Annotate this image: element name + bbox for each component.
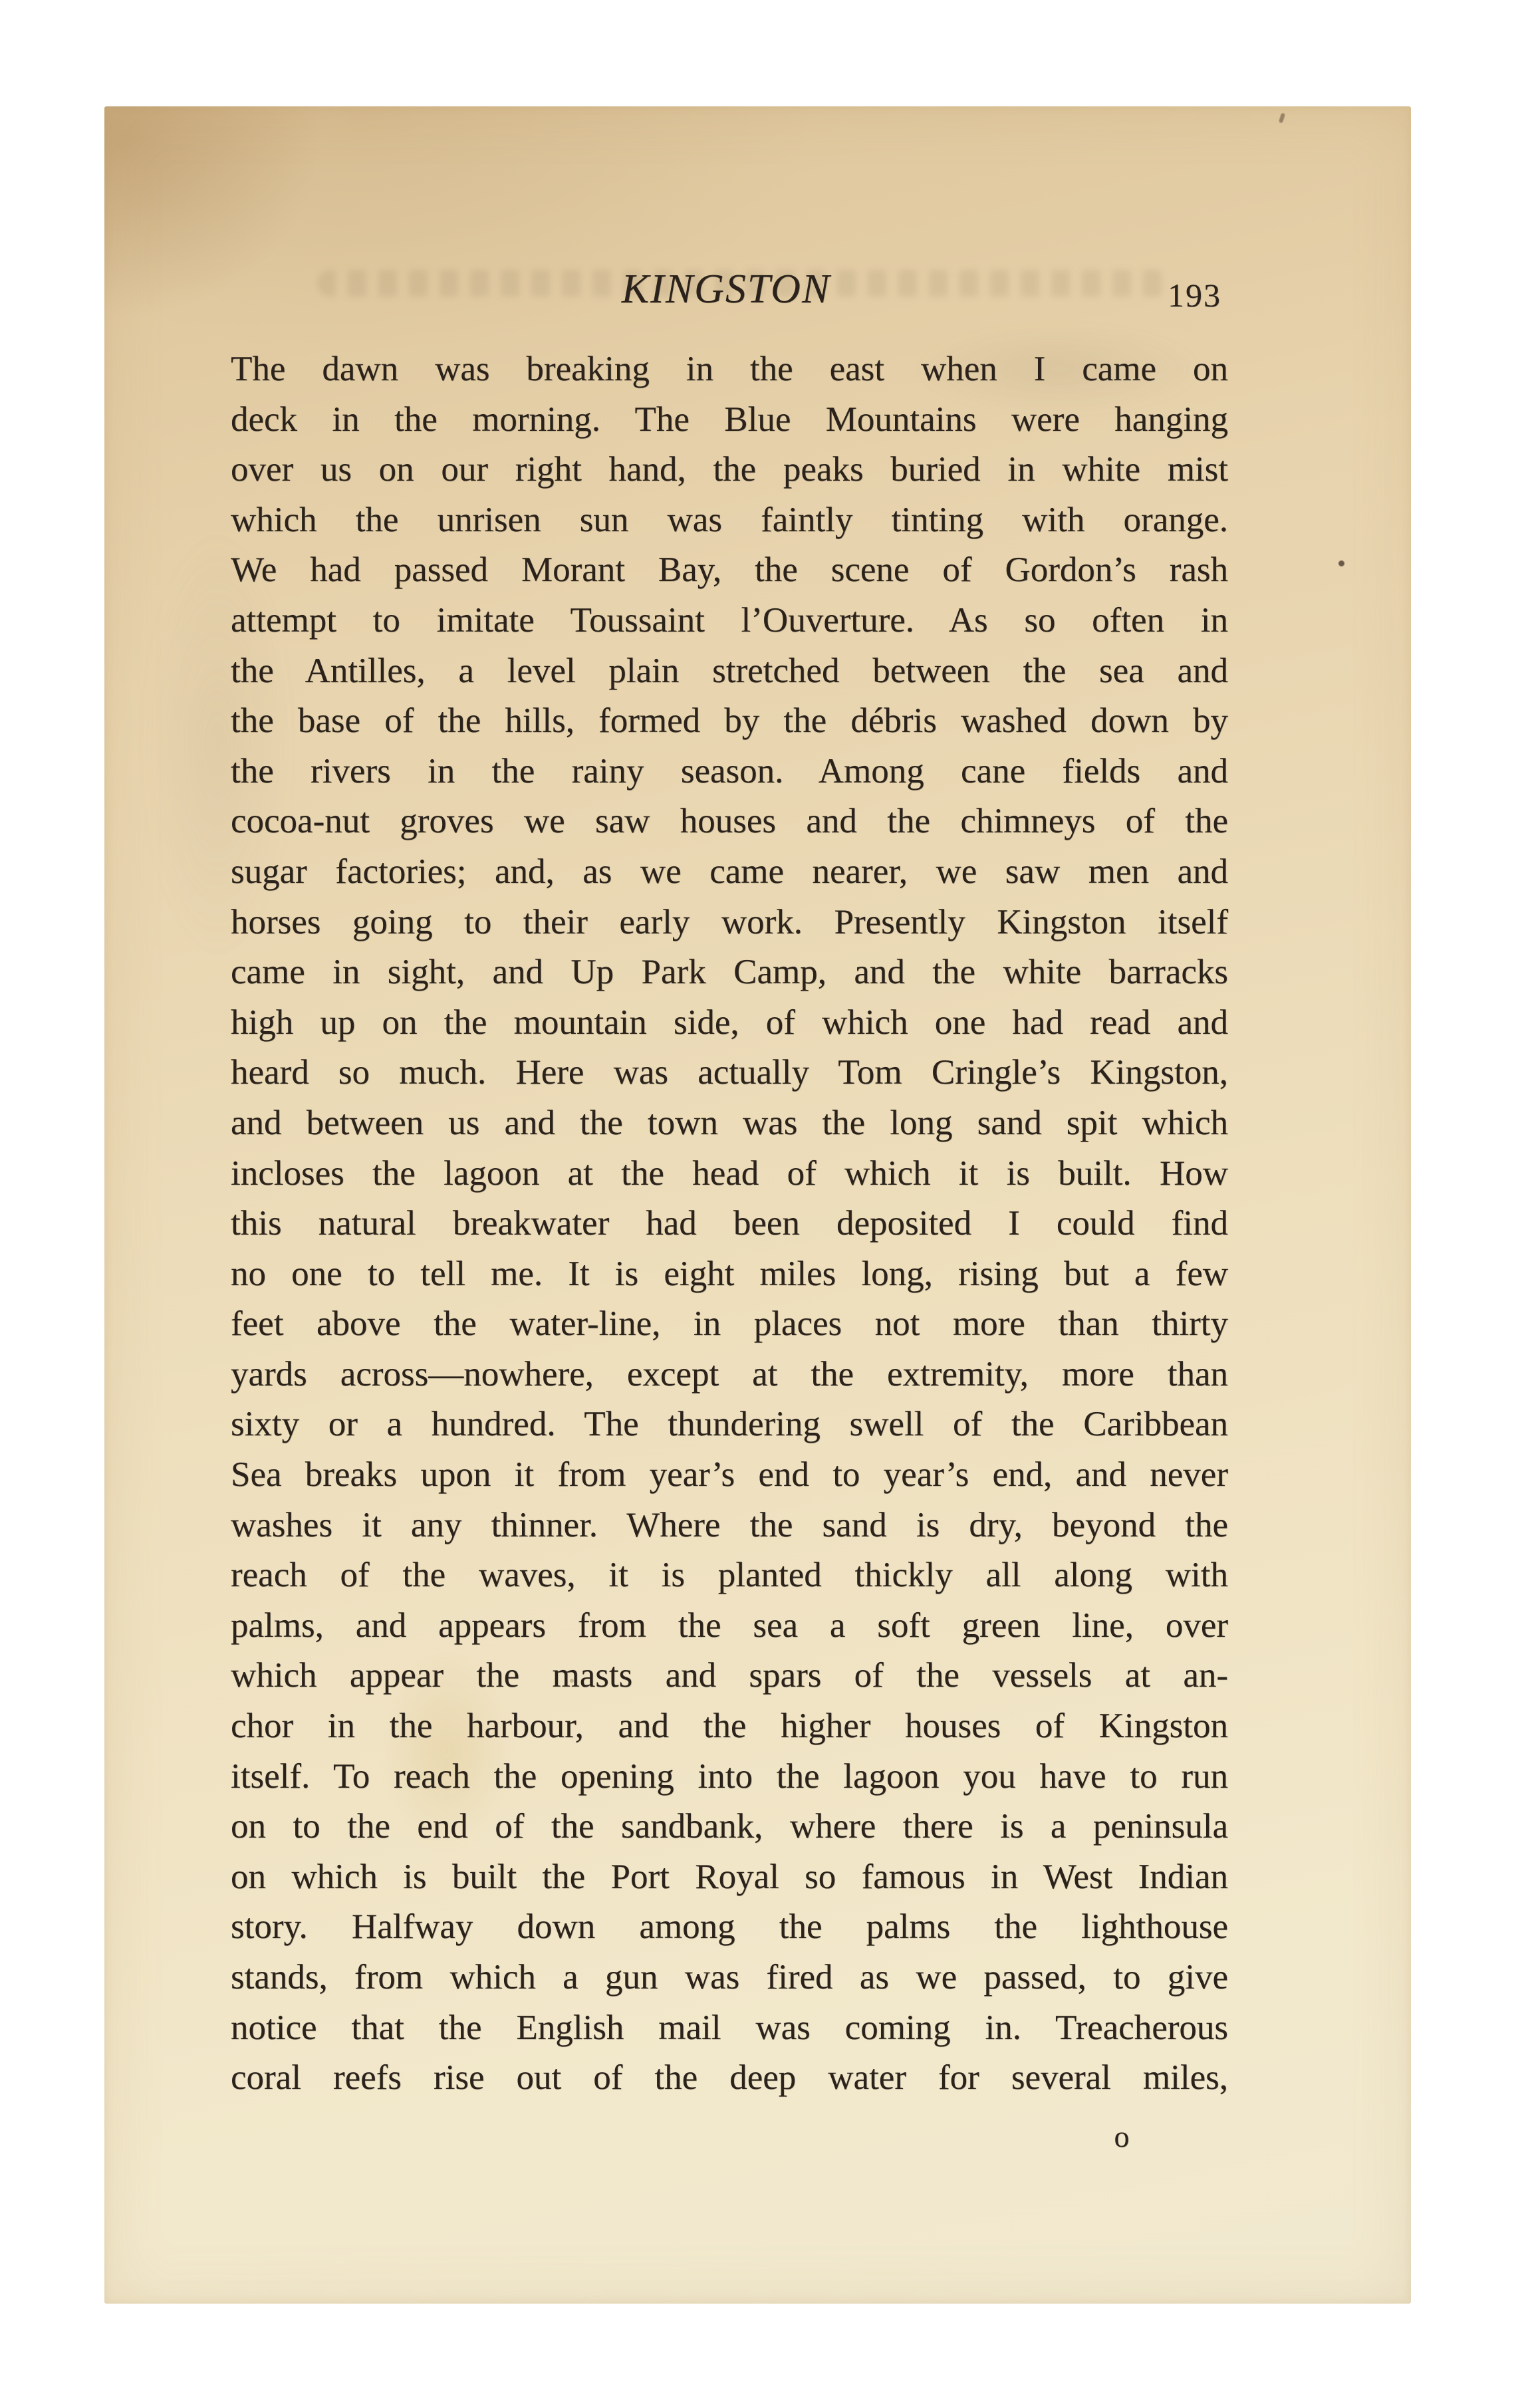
text-line: this natural breakwater had been deposit… — [231, 1199, 1228, 1249]
text-line: heard so much. Here was actually Tom Cri… — [231, 1048, 1228, 1098]
text-line: came in sight, and Up Park Camp, and the… — [231, 947, 1228, 998]
text-line: Sea breaks upon it from year’s end to ye… — [231, 1450, 1228, 1501]
text-line: story. Halfway down among the palms the … — [231, 1902, 1228, 1953]
text-line: and between us and the town was the long… — [231, 1098, 1228, 1149]
page-number: 193 — [231, 279, 1221, 312]
text-line: the Antilles, a level plain stretched be… — [231, 646, 1228, 697]
book-page: KINGSTON 193 The dawn was breaking in th… — [104, 106, 1411, 2304]
text-line: sugar factories; and, as we came nearer,… — [231, 847, 1228, 898]
text-line: coral reefs rise out of the deep water f… — [231, 2053, 1228, 2104]
text-line: notice that the English mail was coming … — [231, 2003, 1228, 2054]
text-line: the base of the hills, formed by the déb… — [231, 696, 1228, 747]
text-line: stands, from which a gun was fired as we… — [231, 1953, 1228, 2003]
text-line: yards across—nowhere, except at the extr… — [231, 1350, 1228, 1400]
text-line: on to the end of the sandbank, where the… — [231, 1802, 1228, 1852]
text-line: over us on our right hand, the peaks bur… — [231, 445, 1228, 495]
edge-mark — [1279, 112, 1285, 123]
text-line: incloses the lagoon at the head of which… — [231, 1149, 1228, 1199]
text-line: chor in the harbour, and the higher hous… — [231, 1701, 1228, 1752]
signature-mark: o — [1088, 2121, 1155, 2152]
text-line: horses going to their early work. Presen… — [231, 898, 1228, 948]
scan-backdrop: KINGSTON 193 The dawn was breaking in th… — [0, 0, 1518, 2408]
text-line: no one to tell me. It is eight miles lon… — [231, 1249, 1228, 1300]
ink-speck — [1338, 560, 1344, 566]
text-line: on which is built the Port Royal so famo… — [231, 1852, 1228, 1903]
text-line: itself. To reach the opening into the la… — [231, 1752, 1228, 1802]
text-line: which appear the masts and spars of the … — [231, 1651, 1228, 1701]
body-text: The dawn was breaking in the east when I… — [231, 344, 1228, 2104]
text-line: reach of the waves, it is planted thickl… — [231, 1550, 1228, 1601]
text-line: the rivers in the rainy season. Among ca… — [231, 747, 1228, 797]
text-line: feet above the water-line, in places not… — [231, 1299, 1228, 1350]
text-line: which the unrisen sun was faintly tintin… — [231, 495, 1228, 546]
text-line: palms, and appears from the sea a soft g… — [231, 1601, 1228, 1651]
text-line: sixty or a hundred. The thundering swell… — [231, 1399, 1228, 1450]
text-line: We had passed Morant Bay, the scene of G… — [231, 545, 1228, 596]
text-line: The dawn was breaking in the east when I… — [231, 344, 1228, 395]
text-line: high up on the mountain side, of which o… — [231, 998, 1228, 1048]
text-line: attempt to imitate Toussaint l’Ouverture… — [231, 596, 1228, 646]
text-line: deck in the morning. The Blue Mountains … — [231, 395, 1228, 445]
text-line: washes it any thinner. Where the sand is… — [231, 1501, 1228, 1551]
text-line: cocoa-nut groves we saw houses and the c… — [231, 796, 1228, 847]
